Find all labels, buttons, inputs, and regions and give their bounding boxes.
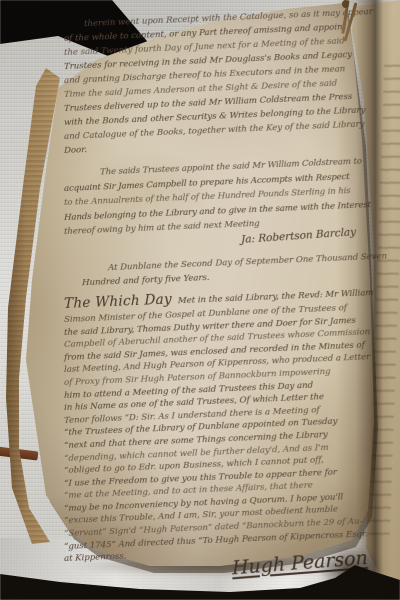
paragraph-catalogue: therein went upon Receipt with the Catal… — [64, 5, 364, 158]
gutter-shadow — [336, 0, 392, 575]
manuscript-text: therein went upon Receipt with the Catal… — [64, 5, 364, 565]
photograph-of-manuscript: therein went upon Receipt with the Catal… — [0, 0, 400, 600]
which-day-heading: The Which Day — [64, 291, 172, 312]
bookmark-tassel — [340, 0, 360, 52]
paragraph-appointment: The saids Trustees appoint the said Mr W… — [64, 154, 364, 240]
paragraph-minutes: Simson Minister of the Gospel at Dunblan… — [64, 301, 364, 565]
